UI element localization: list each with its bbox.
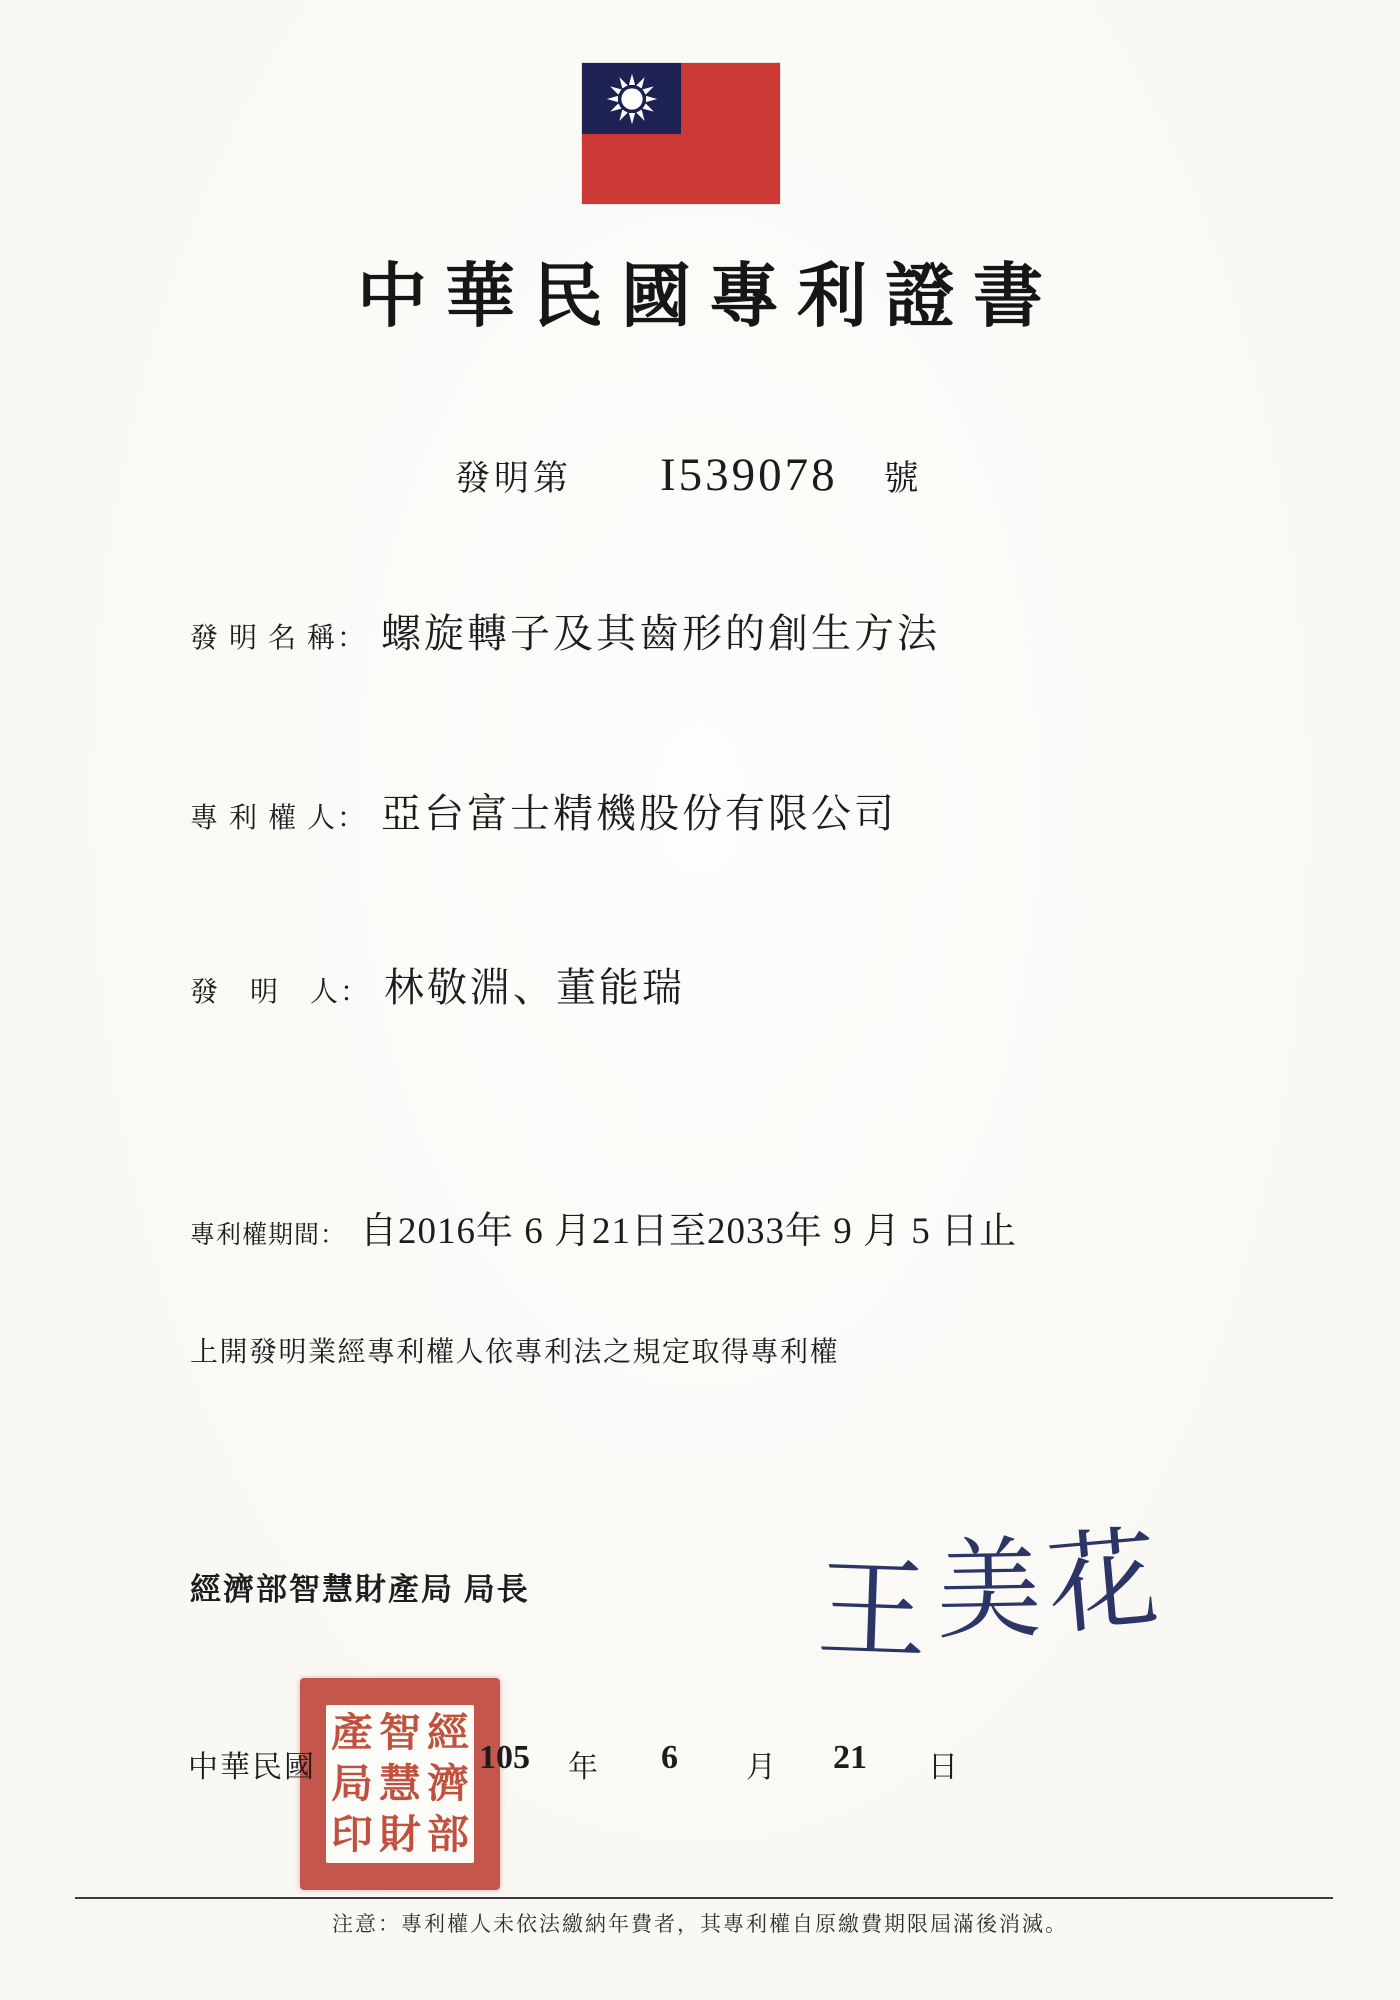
patentee-value: 亞台富士精機股份有限公司 <box>381 782 897 839</box>
patentee-row: 專 利 權 人： 亞台富士精機股份有限公司 <box>190 782 897 839</box>
date-month: 6 <box>661 1739 678 1777</box>
seal-char: 部 <box>423 1810 473 1860</box>
ipo-official-seal: 經 濟 部 智 慧 財 產 局 印 <box>300 1678 500 1890</box>
patent-term-label: 專利權期間： <box>190 1215 346 1251</box>
grant-statement: 上開發明業經專利權人依專利法之規定取得專利權 <box>190 1330 839 1370</box>
seal-char: 印 <box>327 1810 377 1860</box>
seal-char: 局 <box>327 1759 377 1809</box>
signature-char: 花 <box>1043 1523 1162 1642</box>
invention-name-label: 發 明 名 稱： <box>190 616 367 656</box>
inventors-value: 林敬淵、董能瑞 <box>384 956 685 1013</box>
seal-column-left: 產 局 印 <box>328 1707 376 1861</box>
seal-char: 智 <box>375 1708 425 1758</box>
footer-note: 注意：專利權人未依法繳納年費者，其專利權自原繳費期限屆滿後消滅。 <box>0 1908 1400 1938</box>
signature-char: 美 <box>936 1535 1042 1647</box>
roc-flag <box>582 63 780 204</box>
patent-number-suffix: 號 <box>884 451 923 501</box>
date-day: 21 <box>833 1739 867 1777</box>
seal-char: 慧 <box>375 1759 425 1809</box>
invention-name-row: 發 明 名 稱： 螺旋轉子及其齒形的創生方法 <box>190 602 940 659</box>
date-year: 105 <box>479 1739 530 1777</box>
inventors-row: 發 明 人： 林敬淵、董能瑞 <box>190 956 685 1013</box>
date-month-unit: 月 <box>746 1742 778 1786</box>
seal-char: 濟 <box>423 1759 473 1809</box>
patentee-label: 專 利 權 人： <box>190 796 367 836</box>
seal-char: 經 <box>423 1708 473 1758</box>
signature-char: 王 <box>815 1554 929 1668</box>
patent-certificate-page: 中華民國專利證書 發明第 I539078 號 發 明 名 稱： 螺旋轉子及其齒形… <box>0 0 1400 2000</box>
date-day-unit: 日 <box>928 1742 960 1786</box>
sun-icon <box>604 71 660 127</box>
footer-divider <box>75 1897 1333 1899</box>
certificate-title: 中華民國專利證書 <box>0 240 1400 341</box>
date-era: 中華民國 <box>188 1742 316 1786</box>
director-general-signature: 王 美 花 <box>818 1528 1158 1638</box>
patent-number-value: I539078 <box>660 448 838 502</box>
seal-inner-panel: 經 濟 部 智 慧 財 產 局 印 <box>326 1705 474 1863</box>
patent-term-row: 專利權期間： 自2016年 6 月21日至2033年 9 月 5 日止 <box>190 1200 1017 1254</box>
seal-column-right: 經 濟 部 <box>424 1707 472 1861</box>
inventors-label: 發 明 人： <box>190 970 370 1010</box>
seal-column-middle: 智 慧 財 <box>376 1707 424 1861</box>
seal-char: 產 <box>327 1708 377 1758</box>
patent-number-row: 發明第 I539078 號 <box>455 448 923 502</box>
flag-canton <box>582 63 681 134</box>
seal-char: 財 <box>375 1810 425 1860</box>
issuer-title: 經濟部智慧財產局 局長 <box>190 1564 530 1609</box>
patent-number-prefix: 發明第 <box>455 451 572 501</box>
patent-term-value: 自2016年 6 月21日至2033年 9 月 5 日止 <box>360 1200 1017 1254</box>
invention-name-value: 螺旋轉子及其齒形的創生方法 <box>381 602 940 659</box>
date-year-unit: 年 <box>568 1742 600 1786</box>
